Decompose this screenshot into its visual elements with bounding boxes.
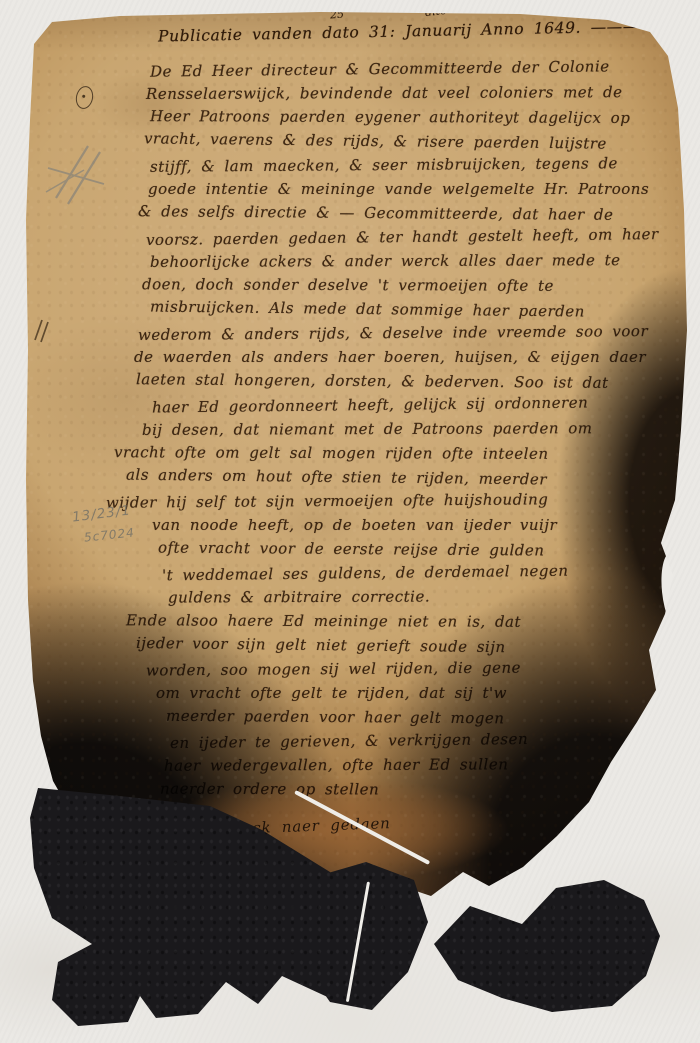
header-insert-dito: dito: [424, 4, 447, 19]
manuscript-line: meerder paerden voor haer gelt mogen: [166, 707, 505, 728]
manuscript-line: van noode heeft, op de boeten van ijeder…: [152, 516, 557, 534]
header-insert-number: 25: [330, 8, 345, 22]
manuscript-line: naerder ordere op stellen: [160, 780, 379, 799]
manuscript-line: doen, doch sonder deselve 't vermoeijen …: [142, 275, 554, 295]
manuscript-line: guldens & arbitraire correctie.: [168, 587, 430, 606]
manuscript-line: en ijeder te gerieven, & verkrijgen dese…: [170, 730, 528, 752]
manuscript-line: Ende alsoo haere Ed meininge niet en is,…: [126, 611, 521, 631]
manuscript-line: ijeder voor sijn gelt niet gerieft soude…: [136, 634, 506, 656]
manuscript-line: ofte vracht voor de eerste reijse drie g…: [158, 539, 545, 560]
manuscript-line: wederom & anders rijds, & deselve inde v…: [138, 322, 648, 344]
manuscript-line: vracht, vaerens & des rijds, & risere pa…: [144, 129, 607, 152]
publication-header: Publicatie vanden dato 31: Januarij Anno…: [158, 16, 688, 45]
manuscript-line: behoorlijcke ackers & ander werck alles …: [150, 251, 621, 271]
crosshatch-pencil-mark: [44, 140, 112, 210]
manuscript-line: 't weddemael ses guldens, de derdemael n…: [162, 562, 569, 585]
manuscript-line: Heer Patroons paerden eygener authoritey…: [150, 107, 630, 127]
manuscript-line: worden, soo mogen sij wel rijden, die ge…: [146, 659, 521, 680]
manuscript-line: laeten stal hongeren, dorsten, & bederve…: [136, 370, 609, 392]
manuscript-line: stijff, & lam maecken, & seer misbruijck…: [150, 154, 618, 176]
manuscript-line: haer Ed geordonneert heeft, gelijck sij …: [152, 393, 588, 416]
double-slash-ink-mark: [32, 316, 52, 344]
manuscript-line: bij desen, dat niemant met de Patroons p…: [142, 419, 593, 439]
manuscript-line: vracht ofte om gelt sal mogen rijden oft…: [114, 443, 549, 463]
manuscript-line: om vracht ofte gelt te rijden, dat sij t…: [156, 684, 507, 702]
manuscript-line: & des selfs directie & — Gecommitteerde,…: [138, 202, 614, 224]
scanned-document: Publicatie vanden dato 31: Januarij Anno…: [0, 0, 700, 1043]
manuscript-line: als anders om hout ofte stien te rijden,…: [126, 466, 547, 489]
manuscript-line: goede intentie & meininge vande welgemel…: [148, 180, 649, 198]
manuscript-line: Rensselaerswijck, bevindende dat veel co…: [146, 83, 623, 103]
edge-tear: [658, 551, 692, 631]
manuscript-line: misbruijcken. Als mede dat sommige haer …: [150, 297, 585, 320]
manuscript-line: De Ed Heer directeur & Gecommitteerde de…: [150, 57, 610, 80]
manuscript-line: de waerden als anders haer boeren, huijs…: [134, 348, 646, 366]
manuscript-line: haer wedergevallen, ofte haer Ed sullen: [164, 755, 508, 774]
manuscript-line: wijder hij self tot sijn vermoeijen ofte…: [106, 490, 548, 511]
manuscript-line: voorsz. paerden gedaen & ter handt geste…: [146, 225, 659, 249]
